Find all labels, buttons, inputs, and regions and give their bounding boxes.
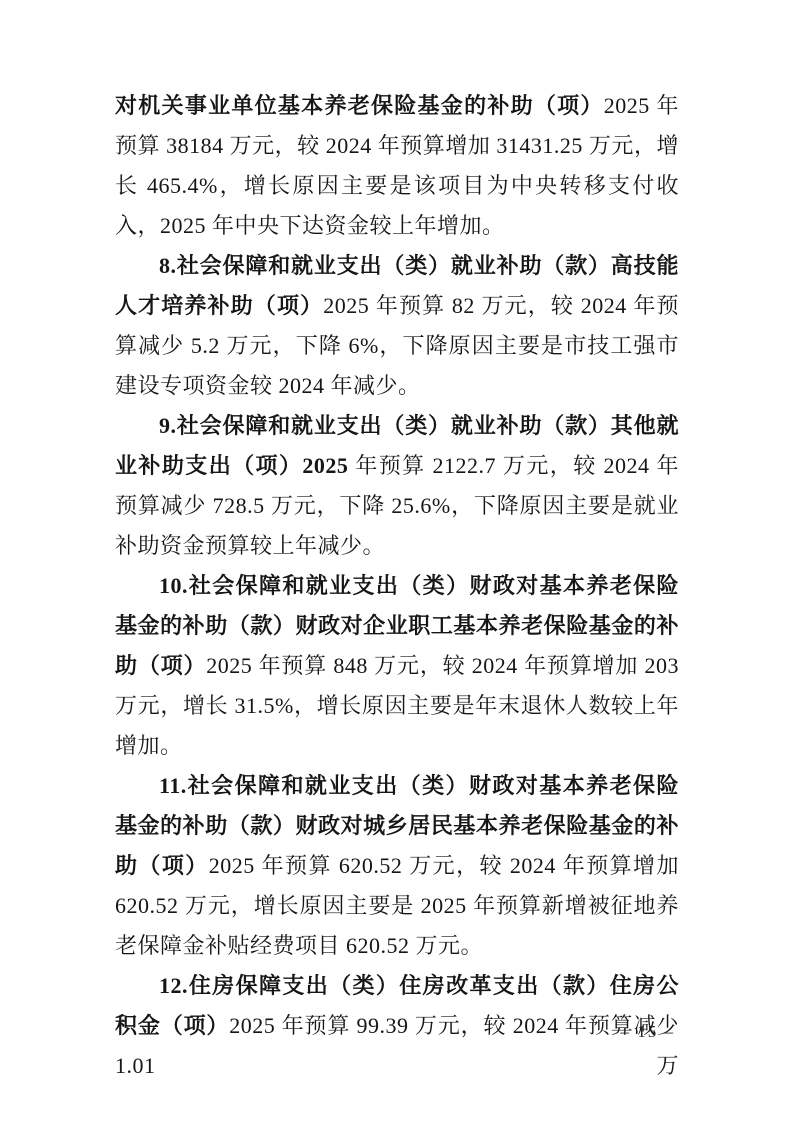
- para-7-continuation: 对机关事业单位基本养老保险基金的补助（项）2025 年预算 38184 万元，较…: [115, 86, 679, 246]
- page-number: – 15 –: [621, 1021, 676, 1043]
- document-page: 对机关事业单位基本养老保险基金的补助（项）2025 年预算 38184 万元，较…: [0, 0, 793, 1122]
- para-10: 10.社会保障和就业支出（类）财政对基本养老保险基金的补助（款）财政对企业职工基…: [115, 566, 679, 766]
- para-8: 8.社会保障和就业支出（类）就业补助（款）高技能人才培养补助（项）2025 年预…: [115, 246, 679, 406]
- para-9: 9.社会保障和就业支出（类）就业补助（款）其他就业补助支出（项）2025 年预算…: [115, 406, 679, 566]
- para-11: 11.社会保障和就业支出（类）财政对基本养老保险基金的补助（款）财政对城乡居民基…: [115, 766, 679, 966]
- document-body: 对机关事业单位基本养老保险基金的补助（项）2025 年预算 38184 万元，较…: [115, 86, 679, 1086]
- para-12: 12.住房保障支出（类）住房改革支出（款）住房公积金（项）2025 年预算 99…: [115, 966, 679, 1086]
- text-run-bold: 对机关事业单位基本养老保险基金的补助（项）: [115, 93, 604, 118]
